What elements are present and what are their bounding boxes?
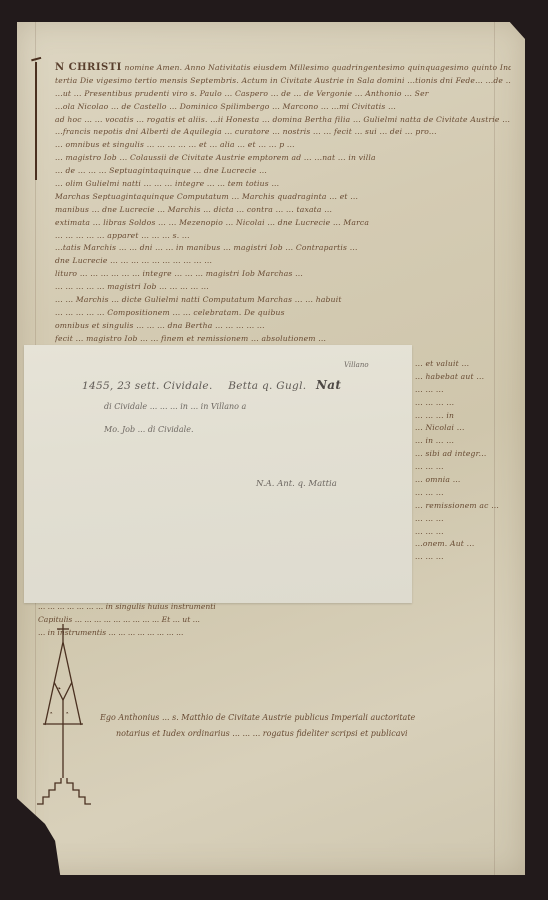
body-line: Marchas Septuagintaquinque Computatum ..…	[55, 191, 511, 204]
body-line: manibus ... dne Lucrecie ... Marchis ...…	[55, 204, 511, 217]
slip-party: Betta q. Gugl.	[228, 380, 306, 392]
slip-date-place: 1455, 23 sett. Cividale.	[82, 380, 213, 392]
subscription-line: notarius et Iudex ordinarius ... ... ...…	[100, 726, 500, 742]
body-line: ... ... Marchis ... dicte Gulielmi natti…	[55, 294, 511, 307]
body-line: extimata ... libras Soldos ... ... Mezen…	[55, 217, 511, 230]
slip-annotation-above: Villano	[344, 361, 369, 369]
body-line: omnibus et singulis ... ... ... dna Bert…	[55, 320, 511, 333]
body-line: ... ... ... ... ... magistri Iob ... ...…	[55, 281, 511, 294]
closing-line: ... in instrumentis ... ... ... ... ... …	[38, 627, 494, 640]
body-line: dne Lucrecie ... ... ... ... ... ... ...…	[55, 255, 511, 268]
decorated-initial-i	[35, 62, 47, 180]
body-line: ... olim Gulielmi natti ... ... ... inte…	[55, 178, 511, 191]
body-line: lituro ... ... ... ... ... ... integre .…	[55, 268, 511, 281]
body-line: fecit ... magistro Iob ... ... finem et …	[55, 333, 511, 346]
body-line: ad hoc ... ... vocatis ... rogatis et al…	[55, 114, 511, 127]
archival-slip: Villano 1455, 23 sett. Cividale. Betta q…	[24, 345, 412, 603]
slip-signature: N.A. Ant. q. Mattia	[256, 479, 337, 489]
svg-text:ᵜ: ᵜ	[50, 711, 53, 717]
incipit: N CHRISTI	[55, 62, 122, 73]
body-line: ... magistro Iob ... Colaussii de Civita…	[55, 152, 511, 165]
body-line: tertia Die vigesimo tertio mensis Septem…	[55, 75, 511, 88]
svg-text:❧: ❧	[57, 686, 61, 692]
slip-bold-word: Nat	[316, 378, 341, 392]
subscription-line: Ego Anthonius ... s. Matthio de Civitate…	[100, 710, 500, 726]
body-line-1: N CHRISTI nomine Amen. Anno Nativitatis …	[55, 62, 511, 75]
body-line: ... de ... ... ... Septuagintaquinque ..…	[55, 165, 511, 178]
slip-heading: 1455, 23 sett. Cividale. Betta q. Gugl. …	[82, 378, 341, 392]
body-line: ...francis nepotis dni Alberti de Aquile…	[55, 126, 511, 139]
body-line: ... ... ... ... ... Compositionem ... ..…	[55, 307, 511, 320]
notary-subscription: Ego Anthonius ... s. Matthio de Civitate…	[100, 710, 500, 742]
body-line: ... omnibus et singulis ... ... ... ... …	[55, 139, 511, 152]
notary-signum-icon: ❧ ᵜ ᵜ	[35, 620, 105, 820]
slip-line-2: di Cividale ... ... ... in ... in Villan…	[104, 402, 246, 411]
body-line: ...tatis Marchis ... ... dni ... ... in …	[55, 242, 511, 255]
body-line: ...ola Nicolao ... de Castello ... Domin…	[55, 101, 511, 114]
svg-text:ᵜ: ᵜ	[66, 711, 69, 717]
closing-line: Capitulis ... ... ... ... ... ... ... ..…	[38, 614, 494, 627]
document-body-text: N CHRISTI nomine Amen. Anno Nativitatis …	[55, 62, 511, 358]
slip-line-3: Mo. Job ... di Cividale.	[104, 425, 194, 434]
right-column-fragments: ... et valuit ... ... habebat aut ... ..…	[415, 358, 511, 564]
body-line: ... ... ... ... ... apparet ... ... ... …	[55, 230, 511, 243]
body-line: ...ut ... Presentibus prudenti viro s. P…	[55, 88, 511, 101]
